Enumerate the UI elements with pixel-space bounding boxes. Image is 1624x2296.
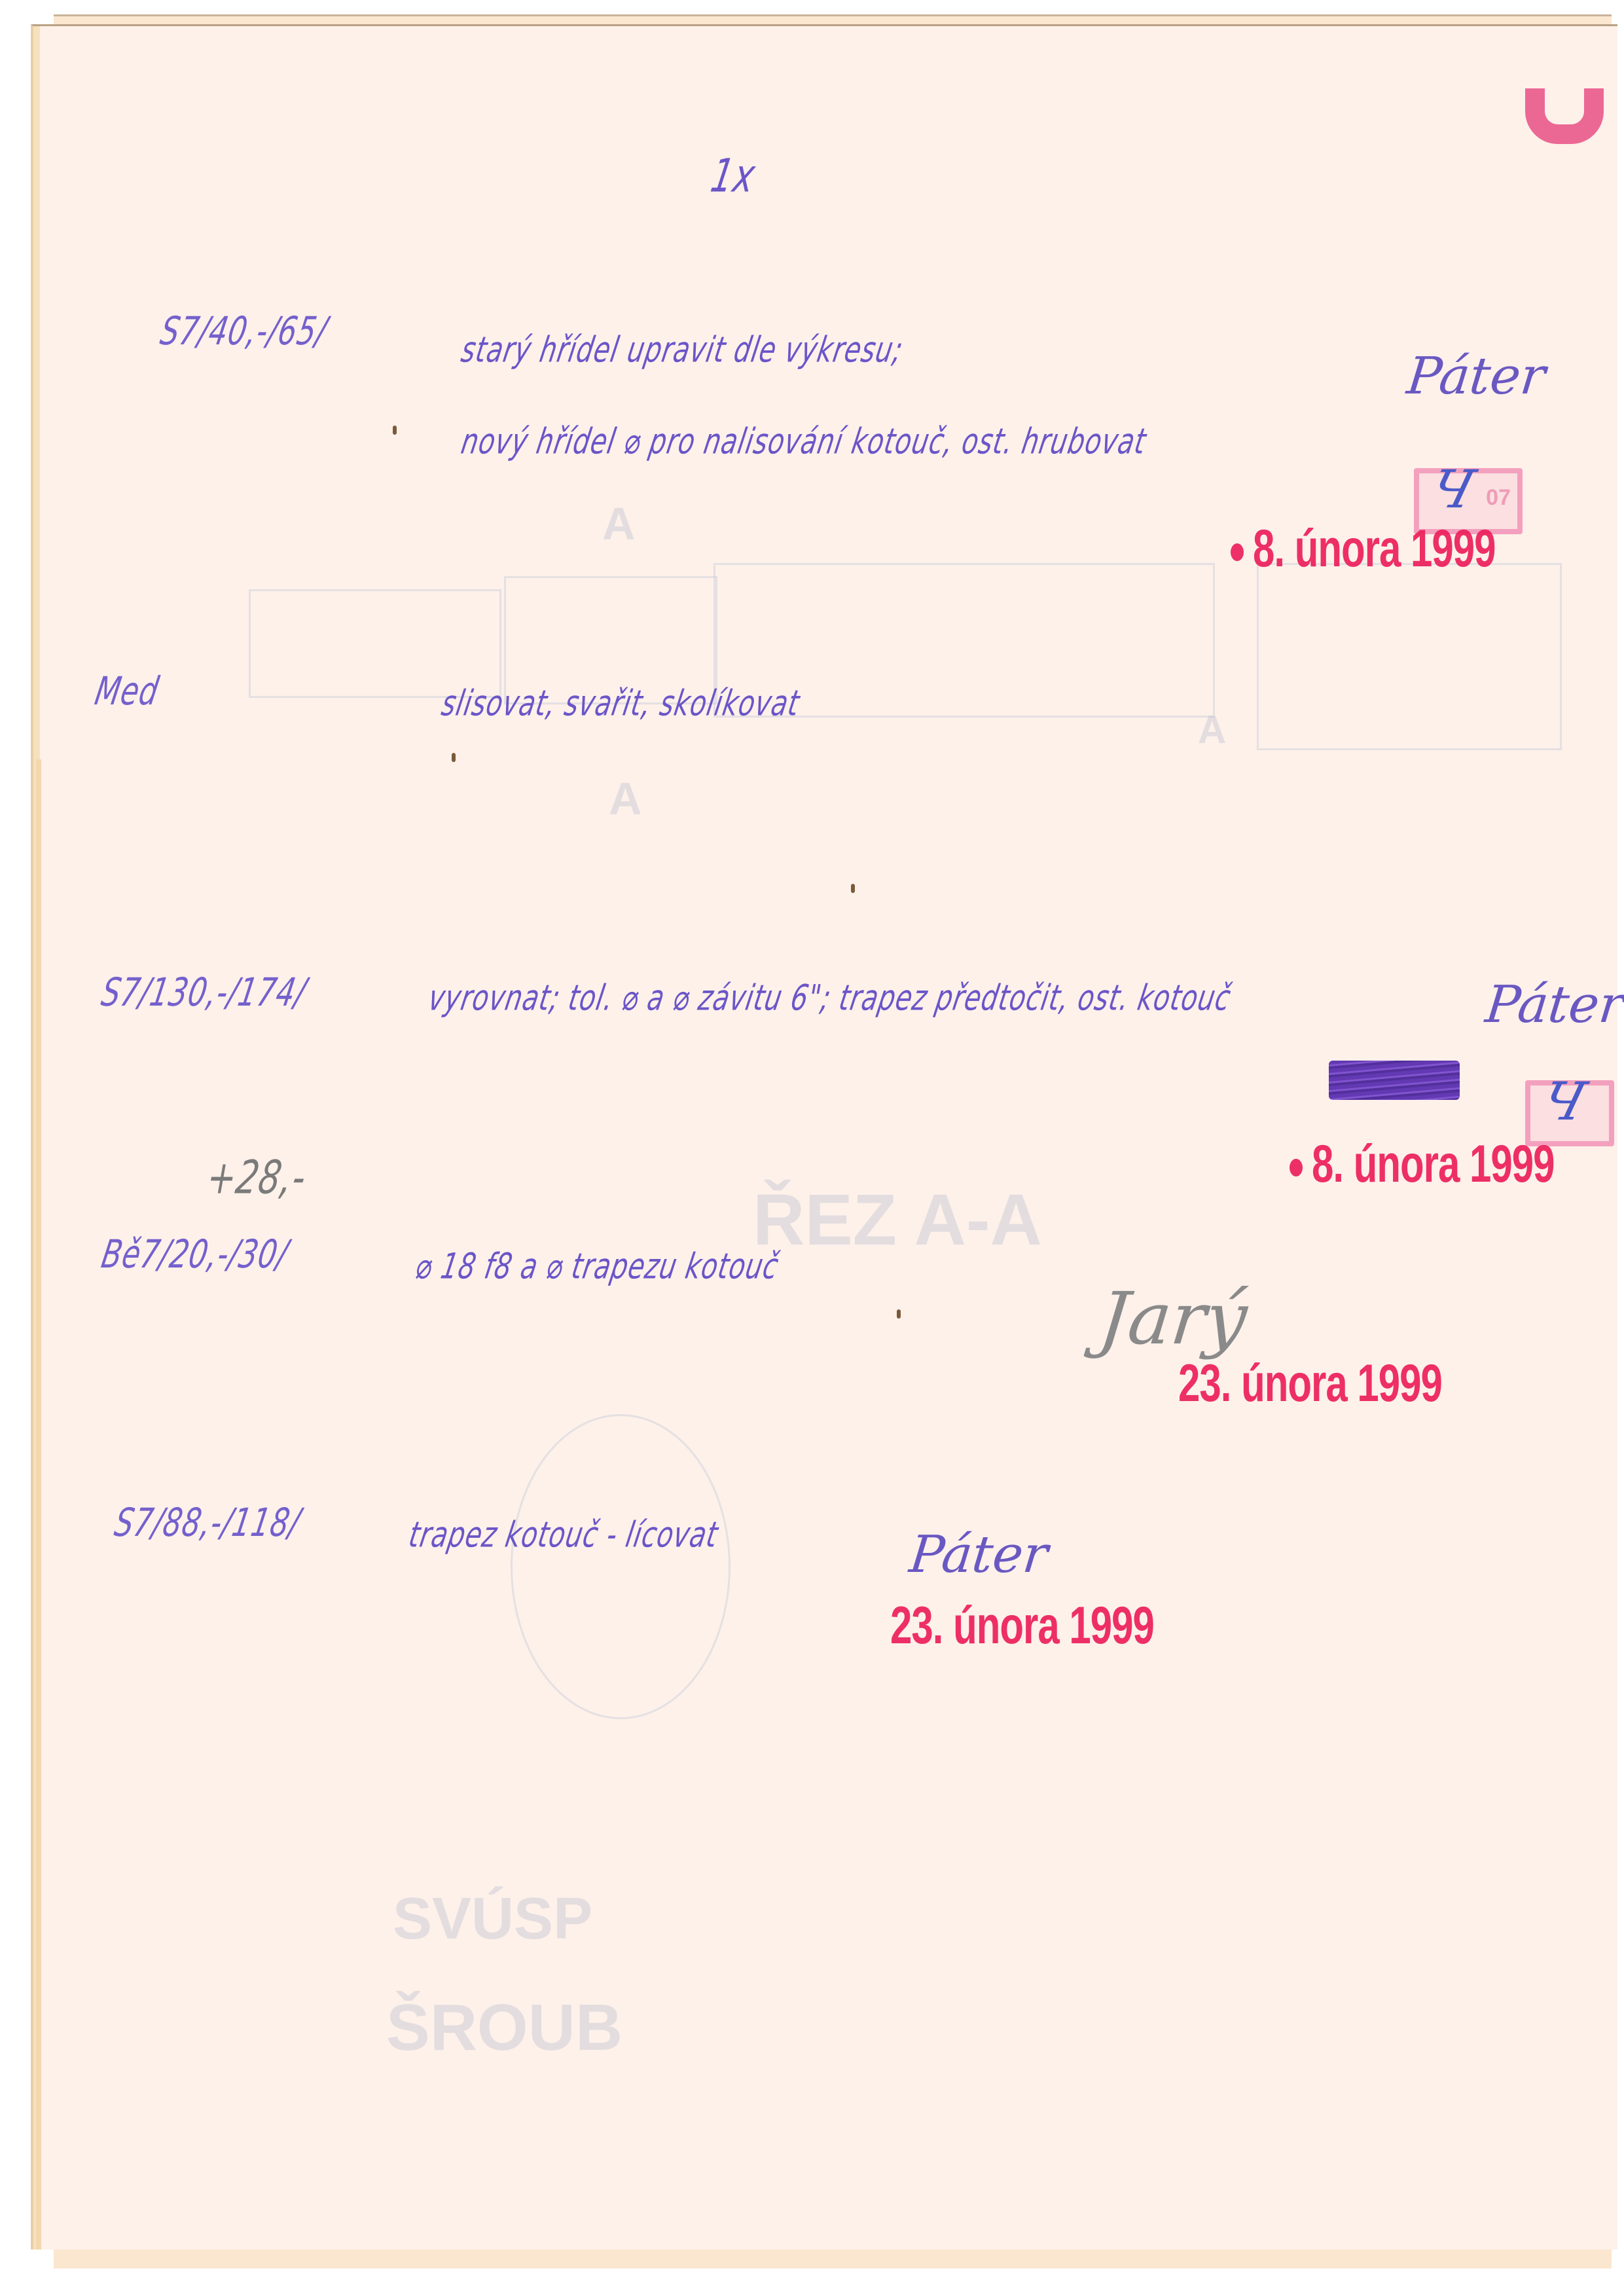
date-stamp-text: 8. února 1999	[1312, 1134, 1555, 1193]
paper-speck	[897, 1309, 901, 1319]
entry-1-line-1: starý hřídel upravit dle výkresu;	[458, 330, 906, 371]
entry-2-code: Med	[92, 669, 162, 714]
entry-1-date-stamp: 8. února 1999	[1231, 518, 1496, 579]
entry-3-code: S7/130,-/174/	[98, 970, 310, 1015]
entry-4-signature: Jarý	[1095, 1277, 1251, 1360]
entry-4-code: Bě7/20,-/30/	[98, 1232, 292, 1277]
pink-corner-mark	[1525, 88, 1604, 144]
entry-5-date-stamp: 23. února 1999	[890, 1595, 1154, 1656]
crossed-out-signature	[1329, 1061, 1460, 1100]
paper-speck	[393, 426, 397, 435]
box-stamp-initials: Ч	[1424, 459, 1481, 520]
page-marker: 1x	[707, 150, 759, 203]
ghost-drawing-box	[1257, 563, 1562, 750]
ghost-drawing-circle	[511, 1414, 731, 1719]
entry-4-date-stamp: 23. února 1999	[1178, 1353, 1442, 1413]
ghost-marker-a3: A	[1198, 707, 1226, 752]
entry-2-line-1: slisovat, svařit, skolíkovat	[439, 683, 803, 724]
box-stamp-initials: Ч	[1536, 1071, 1593, 1132]
ghost-marker-a2: A	[609, 773, 642, 825]
entry-5-line-1: trapez kotouč - lícovat	[406, 1515, 721, 1556]
entry-1-signature: Páter	[1404, 347, 1548, 406]
ghost-section-label: ŘEZ A-A	[753, 1178, 1042, 1262]
stamp-ink-blob	[1231, 543, 1244, 561]
stamp-ink-blob	[1290, 1159, 1303, 1176]
pencil-price-note: +28,-	[203, 1152, 310, 1205]
ghost-marker-a1: A	[602, 498, 636, 550]
entry-3-signature: Páter	[1483, 975, 1624, 1034]
date-stamp-text: 8. února 1999	[1253, 519, 1496, 577]
entry-5-signature: Páter	[907, 1525, 1051, 1584]
paper-speck	[452, 753, 456, 762]
ghost-footer-svusp: SVÚSP	[393, 1886, 592, 1953]
entry-5-code: S7/88,-/118/	[111, 1501, 304, 1546]
entry-4-line-1: ⌀ 18 f8 a ⌀ trapezu kotouč	[412, 1247, 782, 1287]
entry-3-line-1: vyrovnat; tol. ⌀ a ⌀ závitu 6"; trapez p…	[425, 978, 1234, 1019]
box-stamp-code: 07	[1486, 485, 1511, 511]
entry-3-date-stamp: 8. února 1999	[1290, 1133, 1555, 1194]
ghost-footer-sroub: ŠROUB	[386, 1990, 623, 2066]
entry-1-code: S7/40,-/65/	[157, 309, 331, 354]
paper-speck	[851, 884, 855, 893]
entry-1-line-2: nový hřídel ⌀ pro nalisování kotouč, ost…	[458, 422, 1149, 462]
ghost-drawing-part-left	[249, 589, 501, 698]
